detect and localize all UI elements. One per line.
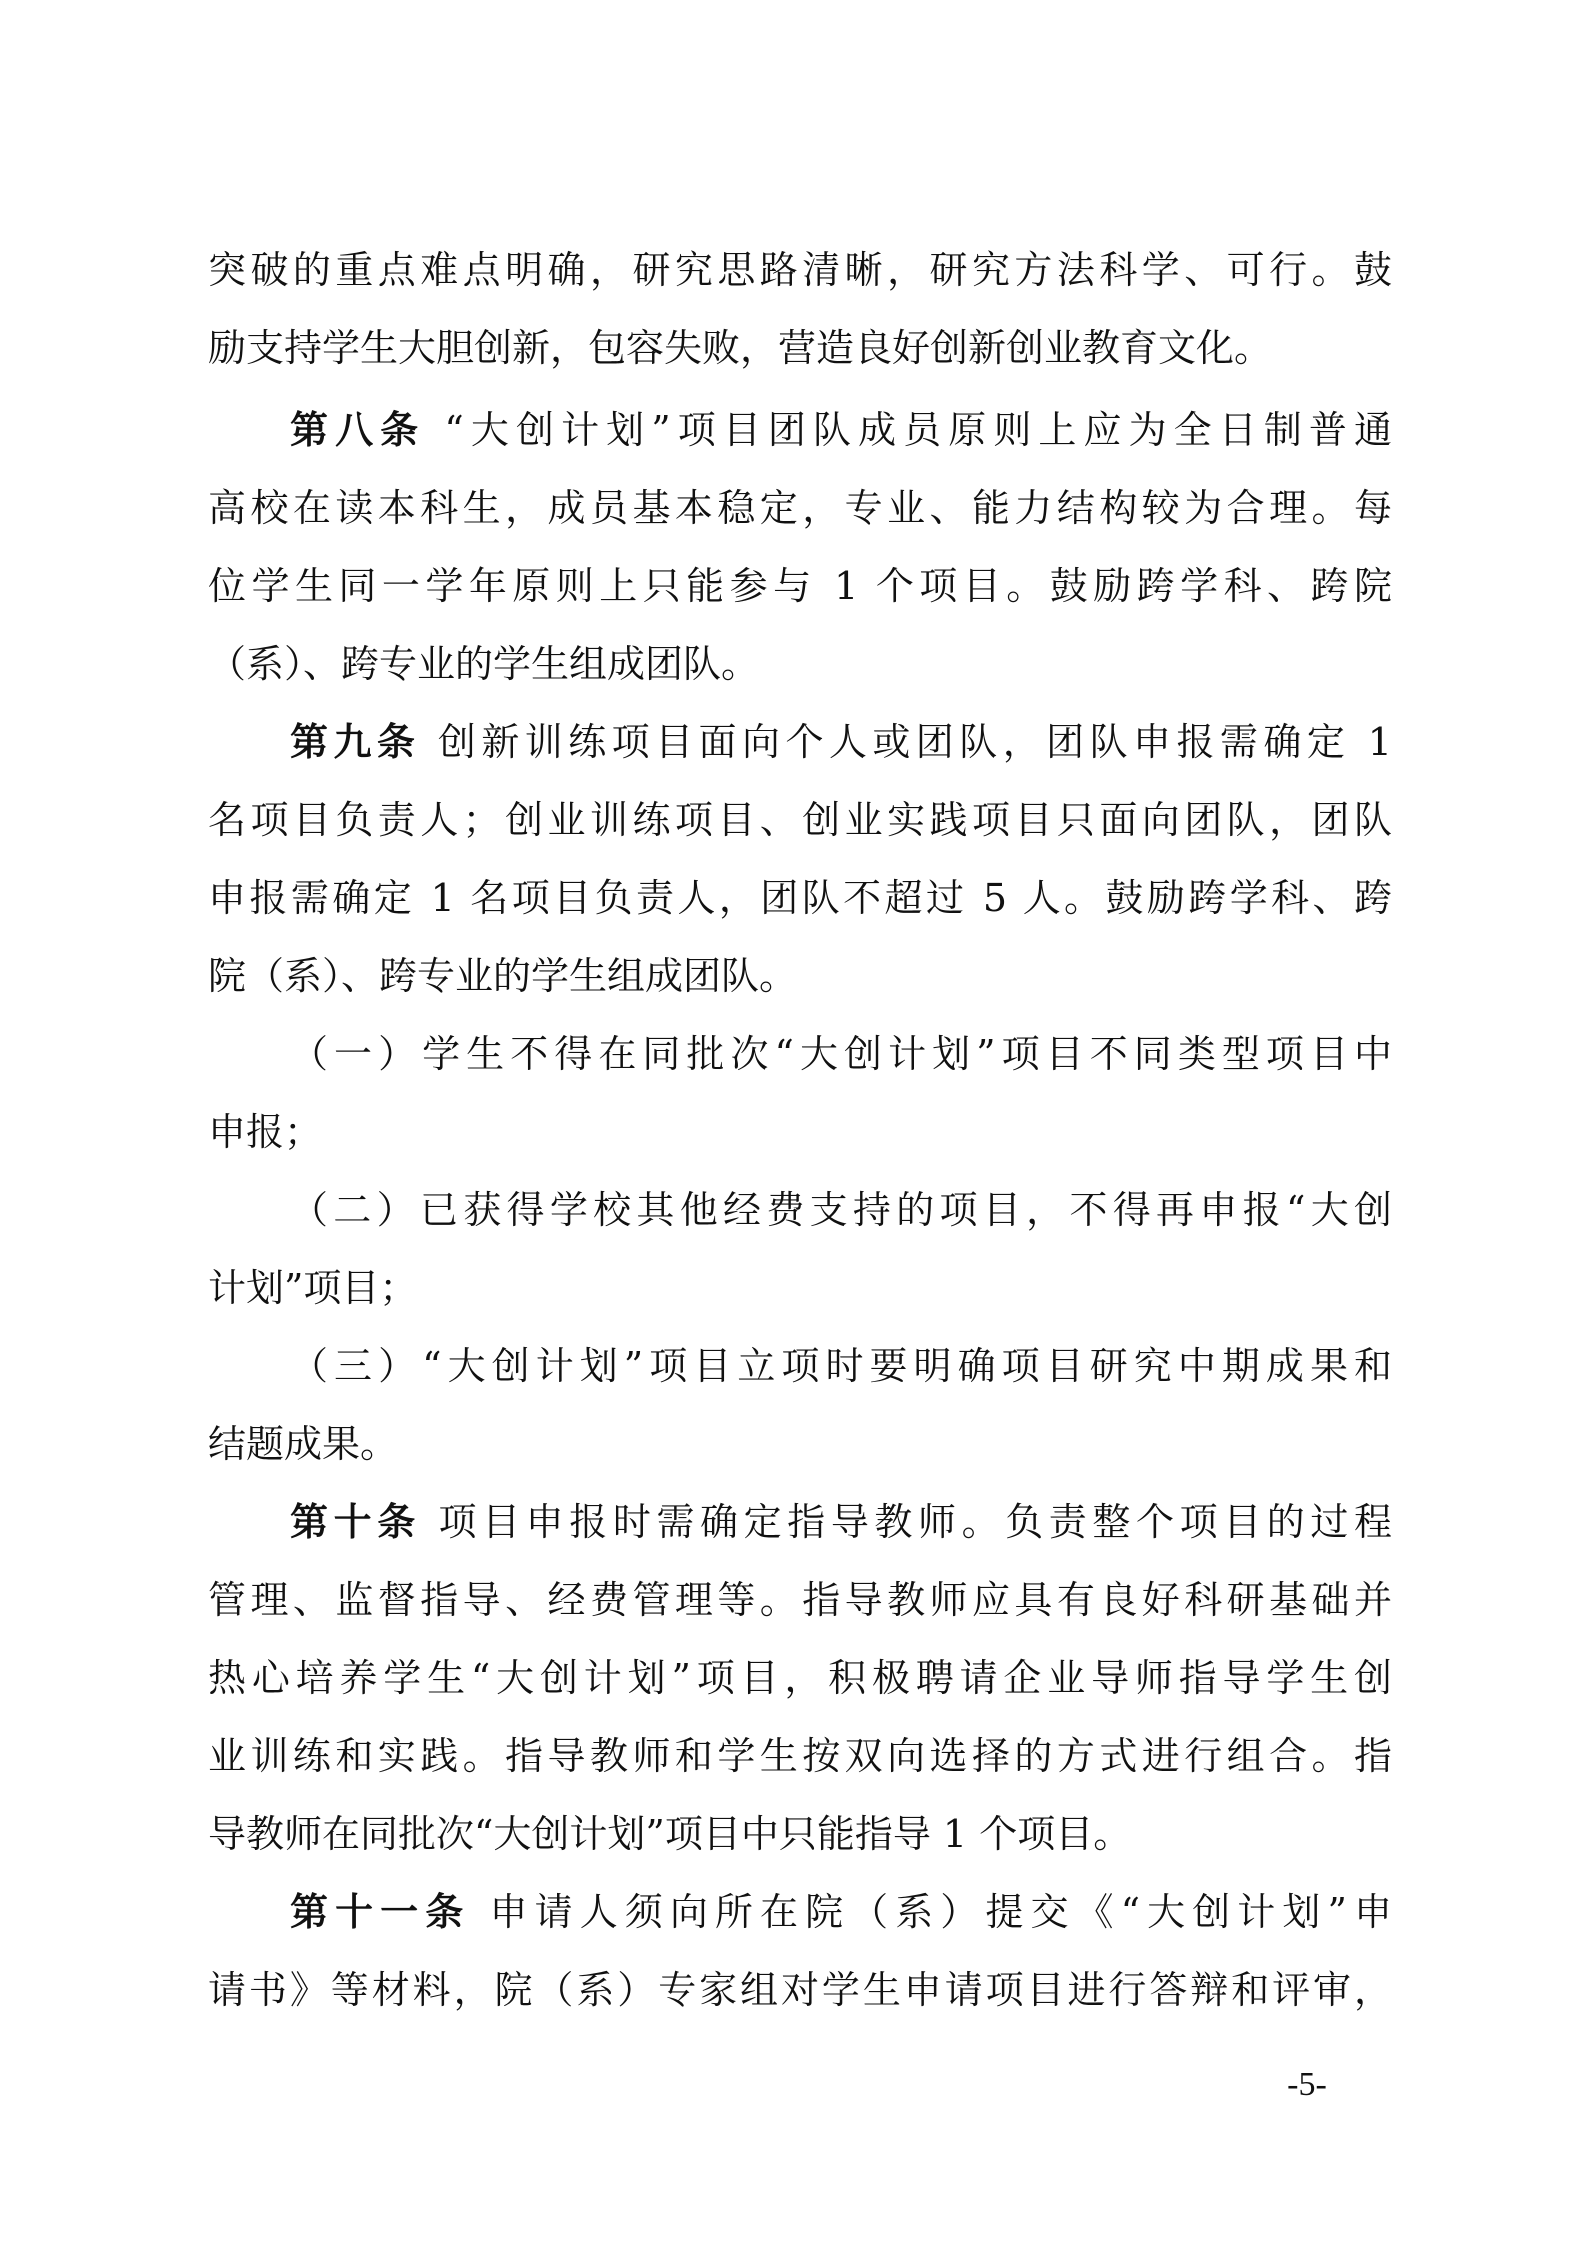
paragraph-line: 申报； <box>208 1102 1392 1162</box>
article-text: 项目申报时需确定指导教师。负责整个项目的过程 <box>421 1500 1392 1544</box>
paragraph-line: 热心培养学生“大创计划”项目，积极聘请企业导师指导学生创 <box>208 1648 1392 1708</box>
item-3-first-line: （三）“大创计划”项目立项时要明确项目研究中期成果和 <box>290 1336 1392 1396</box>
paragraph-line: 请书》等材料，院（系）专家组对学生申请项目进行答辩和评审， <box>208 1960 1392 2020</box>
article-text: 创新训练项目面向个人或团队，团队申报需确定 1 <box>420 720 1392 764</box>
article-10-first-line: 第十条 项目申报时需确定指导教师。负责整个项目的过程 <box>290 1492 1392 1552</box>
paragraph-line: 位学生同一学年原则上只能参与 1 个项目。鼓励跨学科、跨院 <box>208 556 1392 616</box>
paragraph-line: 业训练和实践。指导教师和学生按双向选择的方式进行组合。指 <box>208 1726 1392 1786</box>
page-number: -5- <box>1262 2060 1352 2110</box>
paragraph-line: 名项目负责人；创业训练项目、创业实践项目只面向团队，团队 <box>208 790 1392 850</box>
paragraph-line: 突破的重点难点明确，研究思路清晰，研究方法科学、可行。鼓 <box>208 240 1392 300</box>
article-text: “大创计划”项目团队成员原则上应为全日制普通 <box>425 408 1392 452</box>
paragraph-line: 院（系）、跨专业的学生组成团队。 <box>208 946 1392 1006</box>
item-1-first-line: （一）学生不得在同批次“大创计划”项目不同类型项目中 <box>290 1024 1392 1084</box>
article-9-first-line: 第九条 创新训练项目面向个人或团队，团队申报需确定 1 <box>290 712 1392 772</box>
article-text: 申请人须向所在院（系）提交《“大创计划”申 <box>470 1890 1392 1934</box>
article-heading: 第八条 <box>290 408 425 452</box>
paragraph-line: （系）、跨专业的学生组成团队。 <box>208 634 1392 694</box>
paragraph-line: 申报需确定 1 名项目负责人，团队不超过 5 人。鼓励跨学科、跨 <box>208 868 1392 928</box>
paragraph-line: 计划”项目； <box>208 1258 1392 1318</box>
paragraph-line: 高校在读本科生，成员基本稳定，专业、能力结构较为合理。每 <box>208 478 1392 538</box>
document-page: 突破的重点难点明确，研究思路清晰，研究方法科学、可行。鼓 励支持学生大胆创新，包… <box>0 0 1587 2245</box>
paragraph-line: 管理、监督指导、经费管理等。指导教师应具有良好科研基础并 <box>208 1570 1392 1630</box>
article-heading: 第十条 <box>290 1500 421 1544</box>
paragraph-line: 励支持学生大胆创新，包容失败，营造良好创新创业教育文化。 <box>208 318 1392 378</box>
item-2-first-line: （二）已获得学校其他经费支持的项目，不得再申报“大创 <box>290 1180 1392 1240</box>
article-11-first-line: 第十一条 申请人须向所在院（系）提交《“大创计划”申 <box>290 1882 1392 1942</box>
article-8-first-line: 第八条 “大创计划”项目团队成员原则上应为全日制普通 <box>290 400 1392 460</box>
article-heading: 第十一条 <box>290 1890 470 1934</box>
article-heading: 第九条 <box>290 720 420 764</box>
paragraph-line: 结题成果。 <box>208 1414 1392 1474</box>
paragraph-line: 导教师在同批次“大创计划”项目中只能指导 1 个项目。 <box>208 1804 1392 1864</box>
